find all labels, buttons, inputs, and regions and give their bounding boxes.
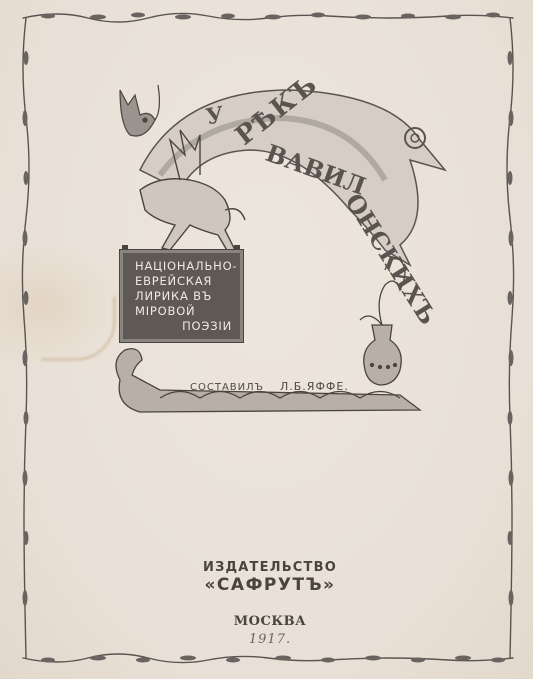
publication-year: 1917. <box>180 632 360 647</box>
compiler-name: Л.Б.ЯФФЕ. <box>280 380 349 393</box>
book-cover: У РѢКЪ ВАВИЛ ОНСКИХЪ НАЦІОНАЛЬНО- ЕВРЕЙС… <box>0 0 533 679</box>
plaque-line: ЛИРИКА ВЪ <box>135 289 234 304</box>
publication-place: МОСКВА <box>180 614 360 629</box>
compiler-credit: СОСТАВИЛЪЛ.Б.ЯФФЕ. <box>190 380 349 393</box>
publisher-block: ИЗДАТЕЛЬСТВО «САФРУТЪ» <box>180 560 360 595</box>
plaque-line: НАЦІОНАЛЬНО- <box>135 259 234 274</box>
publisher-name: «САФРУТЪ» <box>180 575 360 595</box>
plaque-line: ПОЭЗІИ <box>135 319 234 334</box>
compiled-by-label: СОСТАВИЛЪ <box>190 382 264 393</box>
subtitle-plaque: НАЦІОНАЛЬНО- ЕВРЕЙСКАЯ ЛИРИКА ВЪ МІРОВОЙ… <box>120 250 243 342</box>
bird <box>120 85 159 136</box>
plaque-line: ЕВРЕЙСКАЯ <box>135 274 234 289</box>
publisher-label: ИЗДАТЕЛЬСТВО <box>180 560 360 575</box>
plaque-line: МІРОВОЙ <box>135 304 234 319</box>
